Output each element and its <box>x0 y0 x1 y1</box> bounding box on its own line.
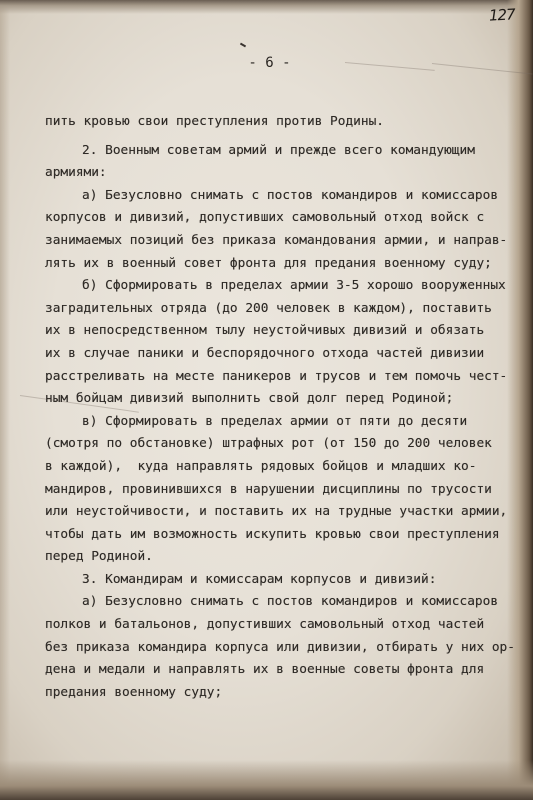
text-line: чтобы дать им возможность искупить кровь… <box>45 524 515 547</box>
text-line: а) Безусловно снимать с постов командиро… <box>45 185 515 208</box>
text-line: а) Безусловно снимать с постов командиро… <box>45 591 515 614</box>
text-line: полков и батальонов, допустивших самовол… <box>45 614 515 637</box>
text-line: ным бойцам дивизий выполнить свой долг п… <box>45 388 515 411</box>
text-line: армиями: <box>45 162 515 185</box>
text-line: дена и медали и направлять их в военные … <box>45 659 515 682</box>
page-number: - 6 - <box>0 55 533 71</box>
text-line: б) Сформировать в пределах армии 3-5 хор… <box>45 275 515 298</box>
text-line: их в непосредственном тылу неустойчивых … <box>45 320 515 343</box>
archive-page-number: 127 <box>489 5 516 24</box>
text-line: 2. Военным советам армий и прежде всего … <box>45 140 515 163</box>
text-line: корпусов и дивизий, допустивших самоволь… <box>45 207 515 230</box>
text-line: их в случае паники и беспорядочного отхо… <box>45 343 515 366</box>
text-line: 3. Командирам и комиссарам корпусов и ди… <box>45 569 515 592</box>
text-line: перед Родиной. <box>45 546 515 569</box>
document-body: пить кровью свои преступления против Род… <box>45 111 515 704</box>
pen-mark <box>240 43 246 48</box>
text-line: (смотря по обстановке) штрафных рот (от … <box>45 433 515 456</box>
text-line: лять их в военный совет фронта для преда… <box>45 253 515 276</box>
page-edge-shadow <box>0 0 533 14</box>
page-edge-shadow <box>0 0 10 800</box>
document-page: 127 - 6 - пить кровью свои преступления … <box>0 0 533 800</box>
text-line: заградительных отряда (до 200 человек в … <box>45 298 515 321</box>
page-edge-shadow <box>0 760 533 800</box>
text-line: пить кровью свои преступления против Род… <box>45 111 515 134</box>
text-line: предания военному суду; <box>45 682 515 705</box>
text-line: без приказа командира корпуса или дивизи… <box>45 637 515 660</box>
text-line: занимаемых позиций без приказа командова… <box>45 230 515 253</box>
text-line: в каждой), куда направлять рядовых бойцо… <box>45 456 515 479</box>
text-line: или неустойчивости, и поставить их на тр… <box>45 501 515 524</box>
text-line: мандиров, провинившихся в нарушении дисц… <box>45 479 515 502</box>
text-line: расстреливать на месте паникеров и трусо… <box>45 366 515 389</box>
text-line: в) Сформировать в пределах армии от пяти… <box>45 411 515 434</box>
